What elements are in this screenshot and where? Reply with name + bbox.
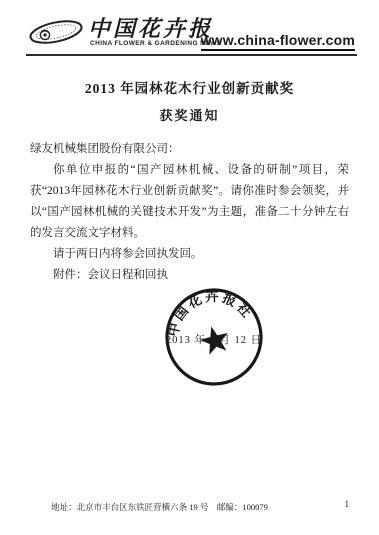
- document-subtitle: 获奖通知: [0, 105, 379, 124]
- svg-text:中国花卉报社: 中国花卉报社: [156, 284, 257, 341]
- brand-name: 中国花卉报: [88, 12, 213, 43]
- document-title: 2013 年园林花木行业创新贡献奖: [0, 77, 379, 97]
- seal-org-name: 中国花卉报社: [156, 284, 257, 341]
- letter-page: 中国花卉报 CHINA FLOWER & GARDENING NEWS www.…: [0, 0, 379, 535]
- footer-address: 地址：北京市丰台区东铁匠营横六条 19 号 邮编：100079: [0, 501, 319, 513]
- official-seal: 2013 年 4 月 12 日 中国花卉报社: [156, 284, 272, 390]
- header-divider: [26, 54, 357, 56]
- body-paragraph: 你单位申报的“国产园林机械、设备的研制”项目，荣获“2013年园林花木行业创新贡…: [30, 160, 349, 244]
- page-footer: 地址：北京市丰台区东铁匠营横六条 19 号 邮编：100079 1: [0, 501, 379, 517]
- salutation: 绿友机械集团股份有限公司：: [30, 139, 349, 160]
- brand-emblem-icon: [28, 17, 84, 49]
- reply-note: 请于两日内将参会回执发回。: [30, 244, 349, 265]
- letter-body: 绿友机械集团股份有限公司： 你单位申报的“国产园林机械、设备的研制”项目，荣获“…: [30, 139, 349, 286]
- attachment-line: 附件：会议日程和回执: [30, 265, 349, 286]
- page-number: 1: [345, 499, 350, 509]
- letterhead: 中国花卉报 CHINA FLOWER & GARDENING NEWS www.…: [0, 0, 379, 58]
- website-text: www.china-flower.com: [201, 32, 355, 51]
